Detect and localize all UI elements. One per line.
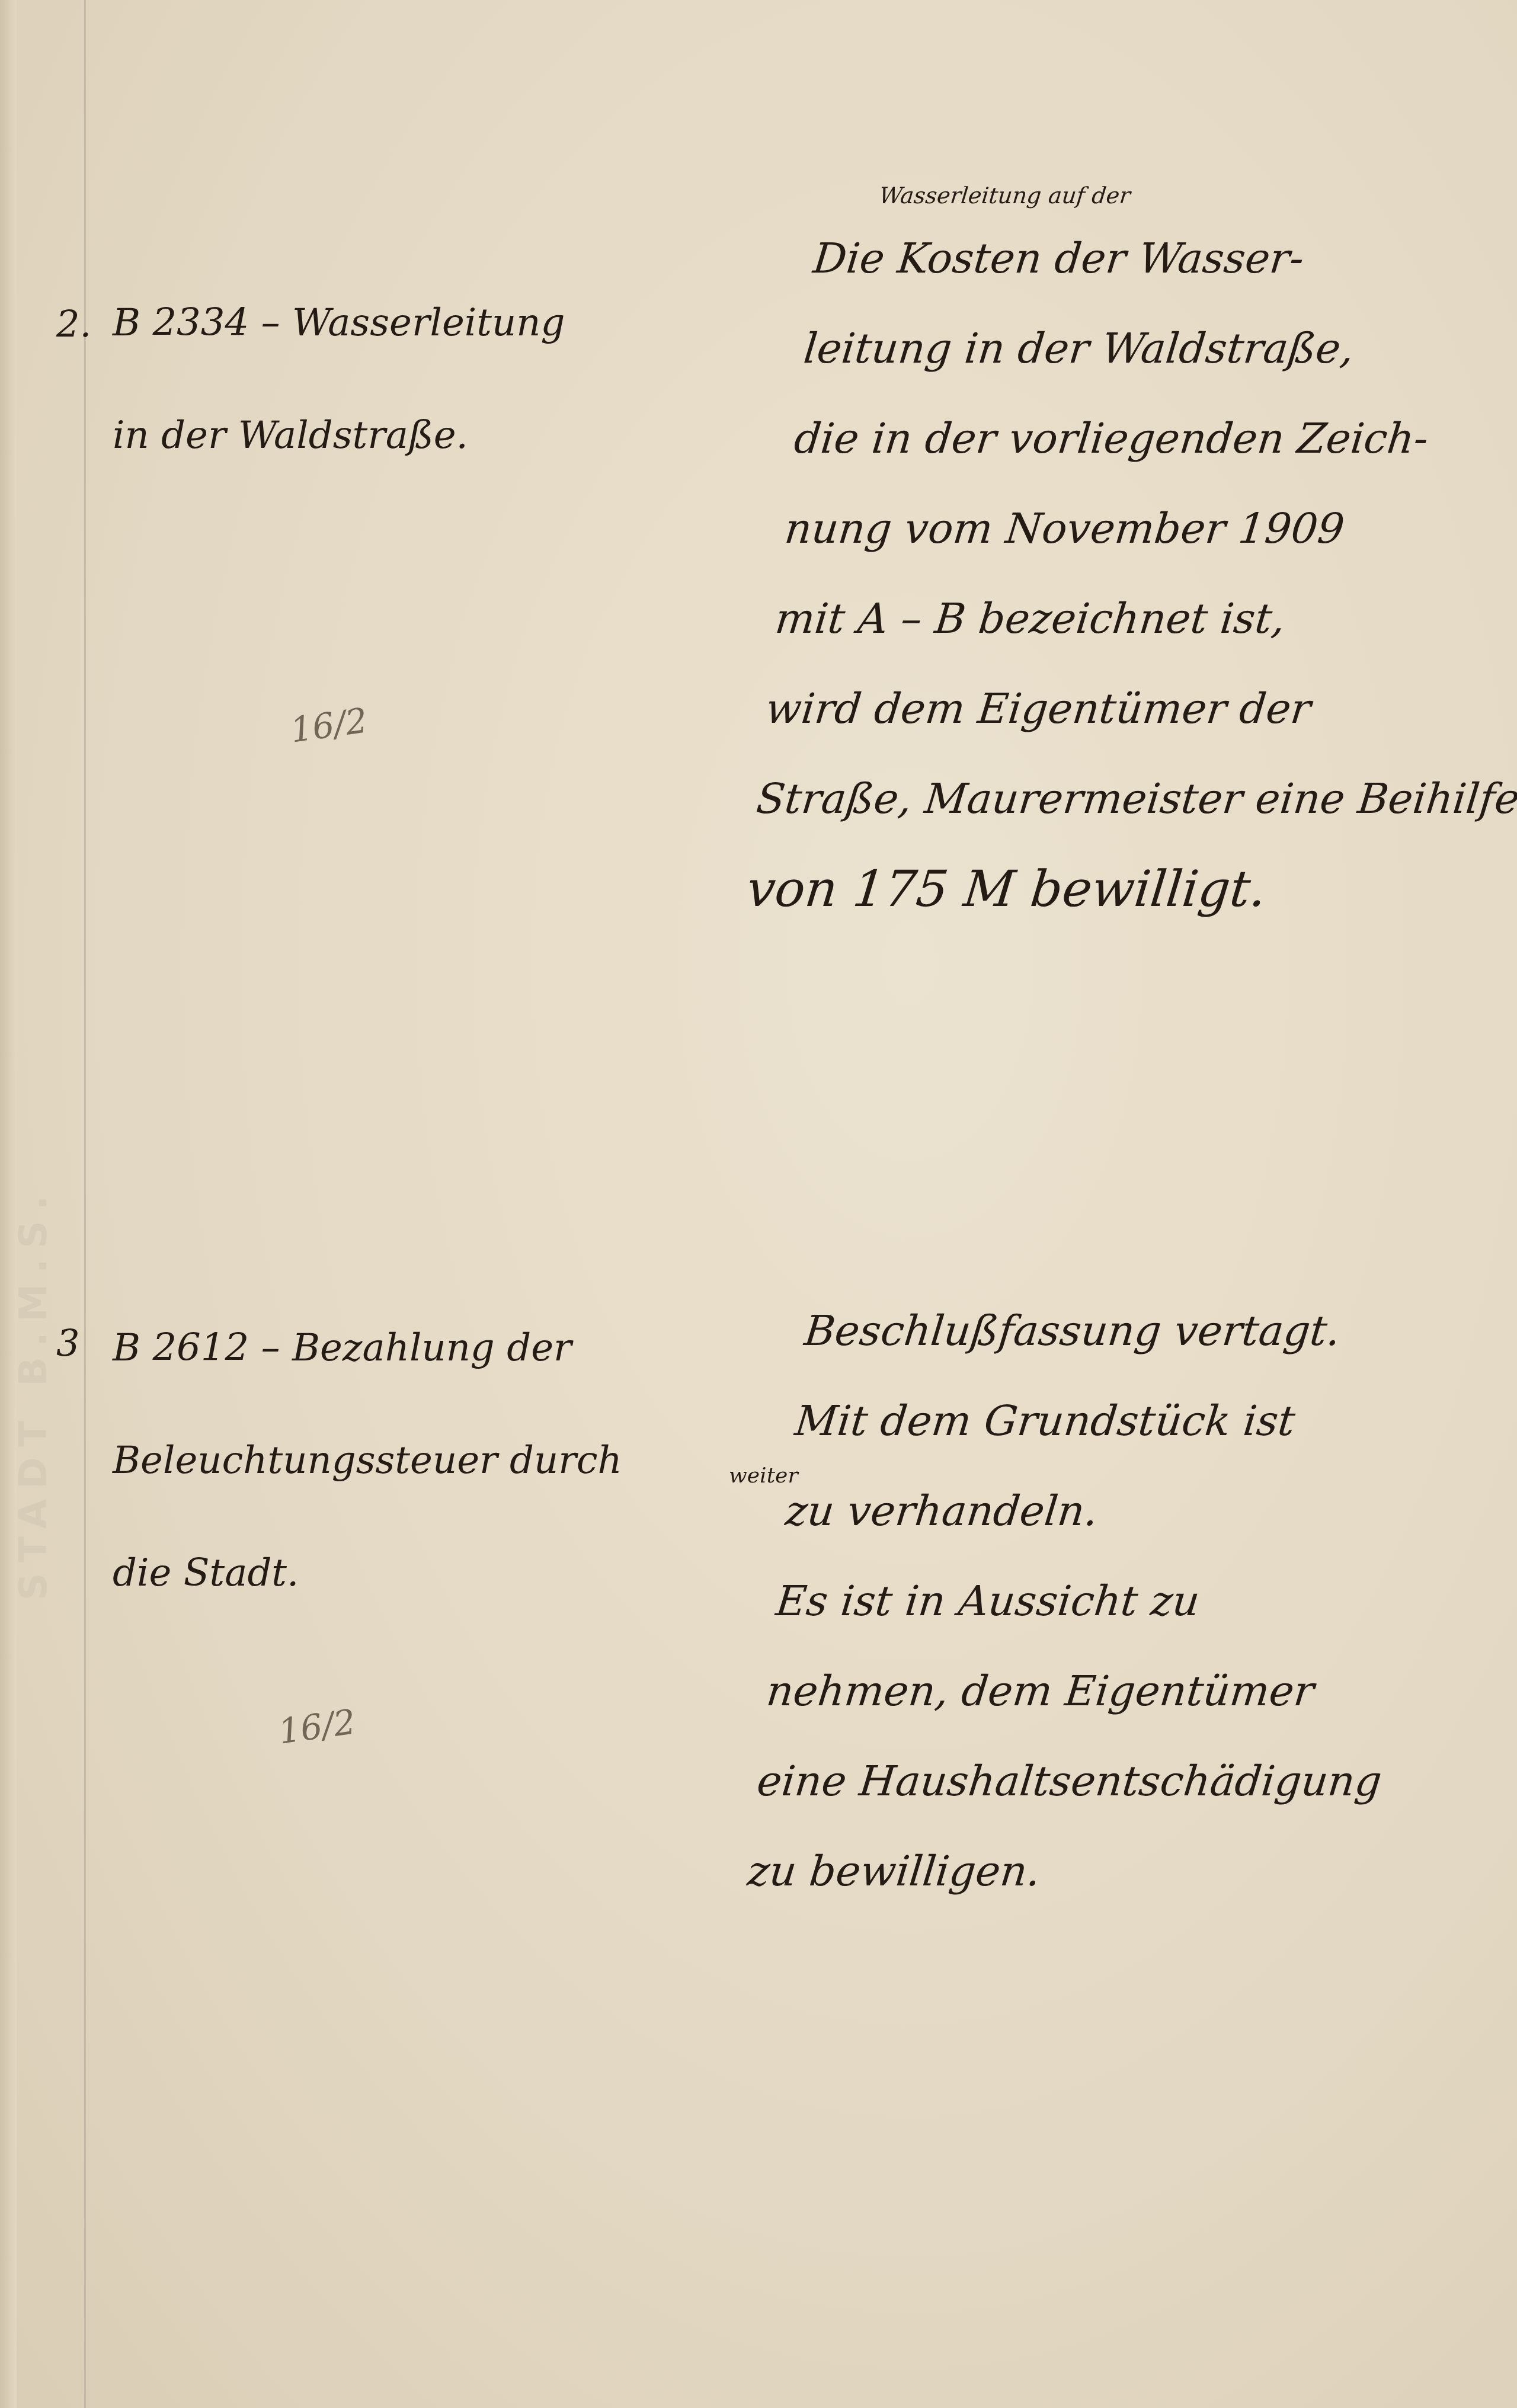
resolution-line: zu verhandeln. (781, 1466, 1517, 1556)
pencil-date-note: 16/2 (288, 700, 370, 750)
resolution-line: Es ist in Aussicht zu (772, 1556, 1516, 1646)
resolution-line: Die Kosten der Wasser- (809, 213, 1517, 303)
margin-rule-line (84, 0, 86, 2408)
resolution-line: leitung in der Waldstraße, (799, 303, 1517, 393)
resolution-line: eine Haushaltsentschädigung (753, 1736, 1497, 1826)
item-title: B 2334 – Wasserleitung in der Waldstraße… (113, 267, 735, 492)
item-number: 3 (56, 1321, 79, 1365)
item-number: 2. (56, 302, 91, 345)
resolution-text: Wasserleitung auf der Die Kosten der Was… (743, 178, 1517, 934)
document-page: STADT B.M.S. 2. B 2334 – Wasserleitung i… (0, 0, 1517, 2408)
resolution-line: Beschlußfassung vertagt. (800, 1286, 1517, 1376)
item-title-line: die Stadt. (113, 1517, 735, 1629)
item-title-line: B 2334 – Wasserleitung (113, 267, 735, 379)
resolution-line: Mit dem Grundstück ist (790, 1376, 1517, 1466)
item-title-line: B 2612 – Bezahlung der (113, 1292, 735, 1404)
resolution-line: wird dem Eigentümer der (761, 664, 1506, 754)
resolution-text: Beschlußfassung vertagt. Mit dem Grundst… (743, 1286, 1517, 1916)
resolution-line: nehmen, dem Eigentümer (762, 1646, 1506, 1736)
item-title-line: Beleuchtungssteuer durch (113, 1404, 735, 1517)
resolution-line: mit A – B bezeichnet ist, (771, 574, 1515, 664)
margin-insert: weiter (729, 1464, 798, 1488)
item-title: B 2612 – Bezahlung der Beleuchtungssteue… (113, 1292, 735, 1629)
resolution-line: Straße, Maurermeister eine Beihilfe (752, 754, 1496, 844)
resolution-insert: Wasserleitung auf der (818, 178, 1517, 213)
resolution-line: zu bewilligen. (743, 1826, 1487, 1916)
resolution-line: die in der vorliegenden Zeich- (790, 393, 1517, 483)
archive-stamp: STADT B.M.S. (12, 1185, 56, 1600)
resolution-line: von 175 M bewilligt. (743, 844, 1487, 934)
resolution-line: nung vom November 1909 (780, 483, 1517, 574)
item-title-line: in der Waldstraße. (113, 379, 735, 492)
pencil-date-note: 16/2 (276, 1701, 358, 1751)
